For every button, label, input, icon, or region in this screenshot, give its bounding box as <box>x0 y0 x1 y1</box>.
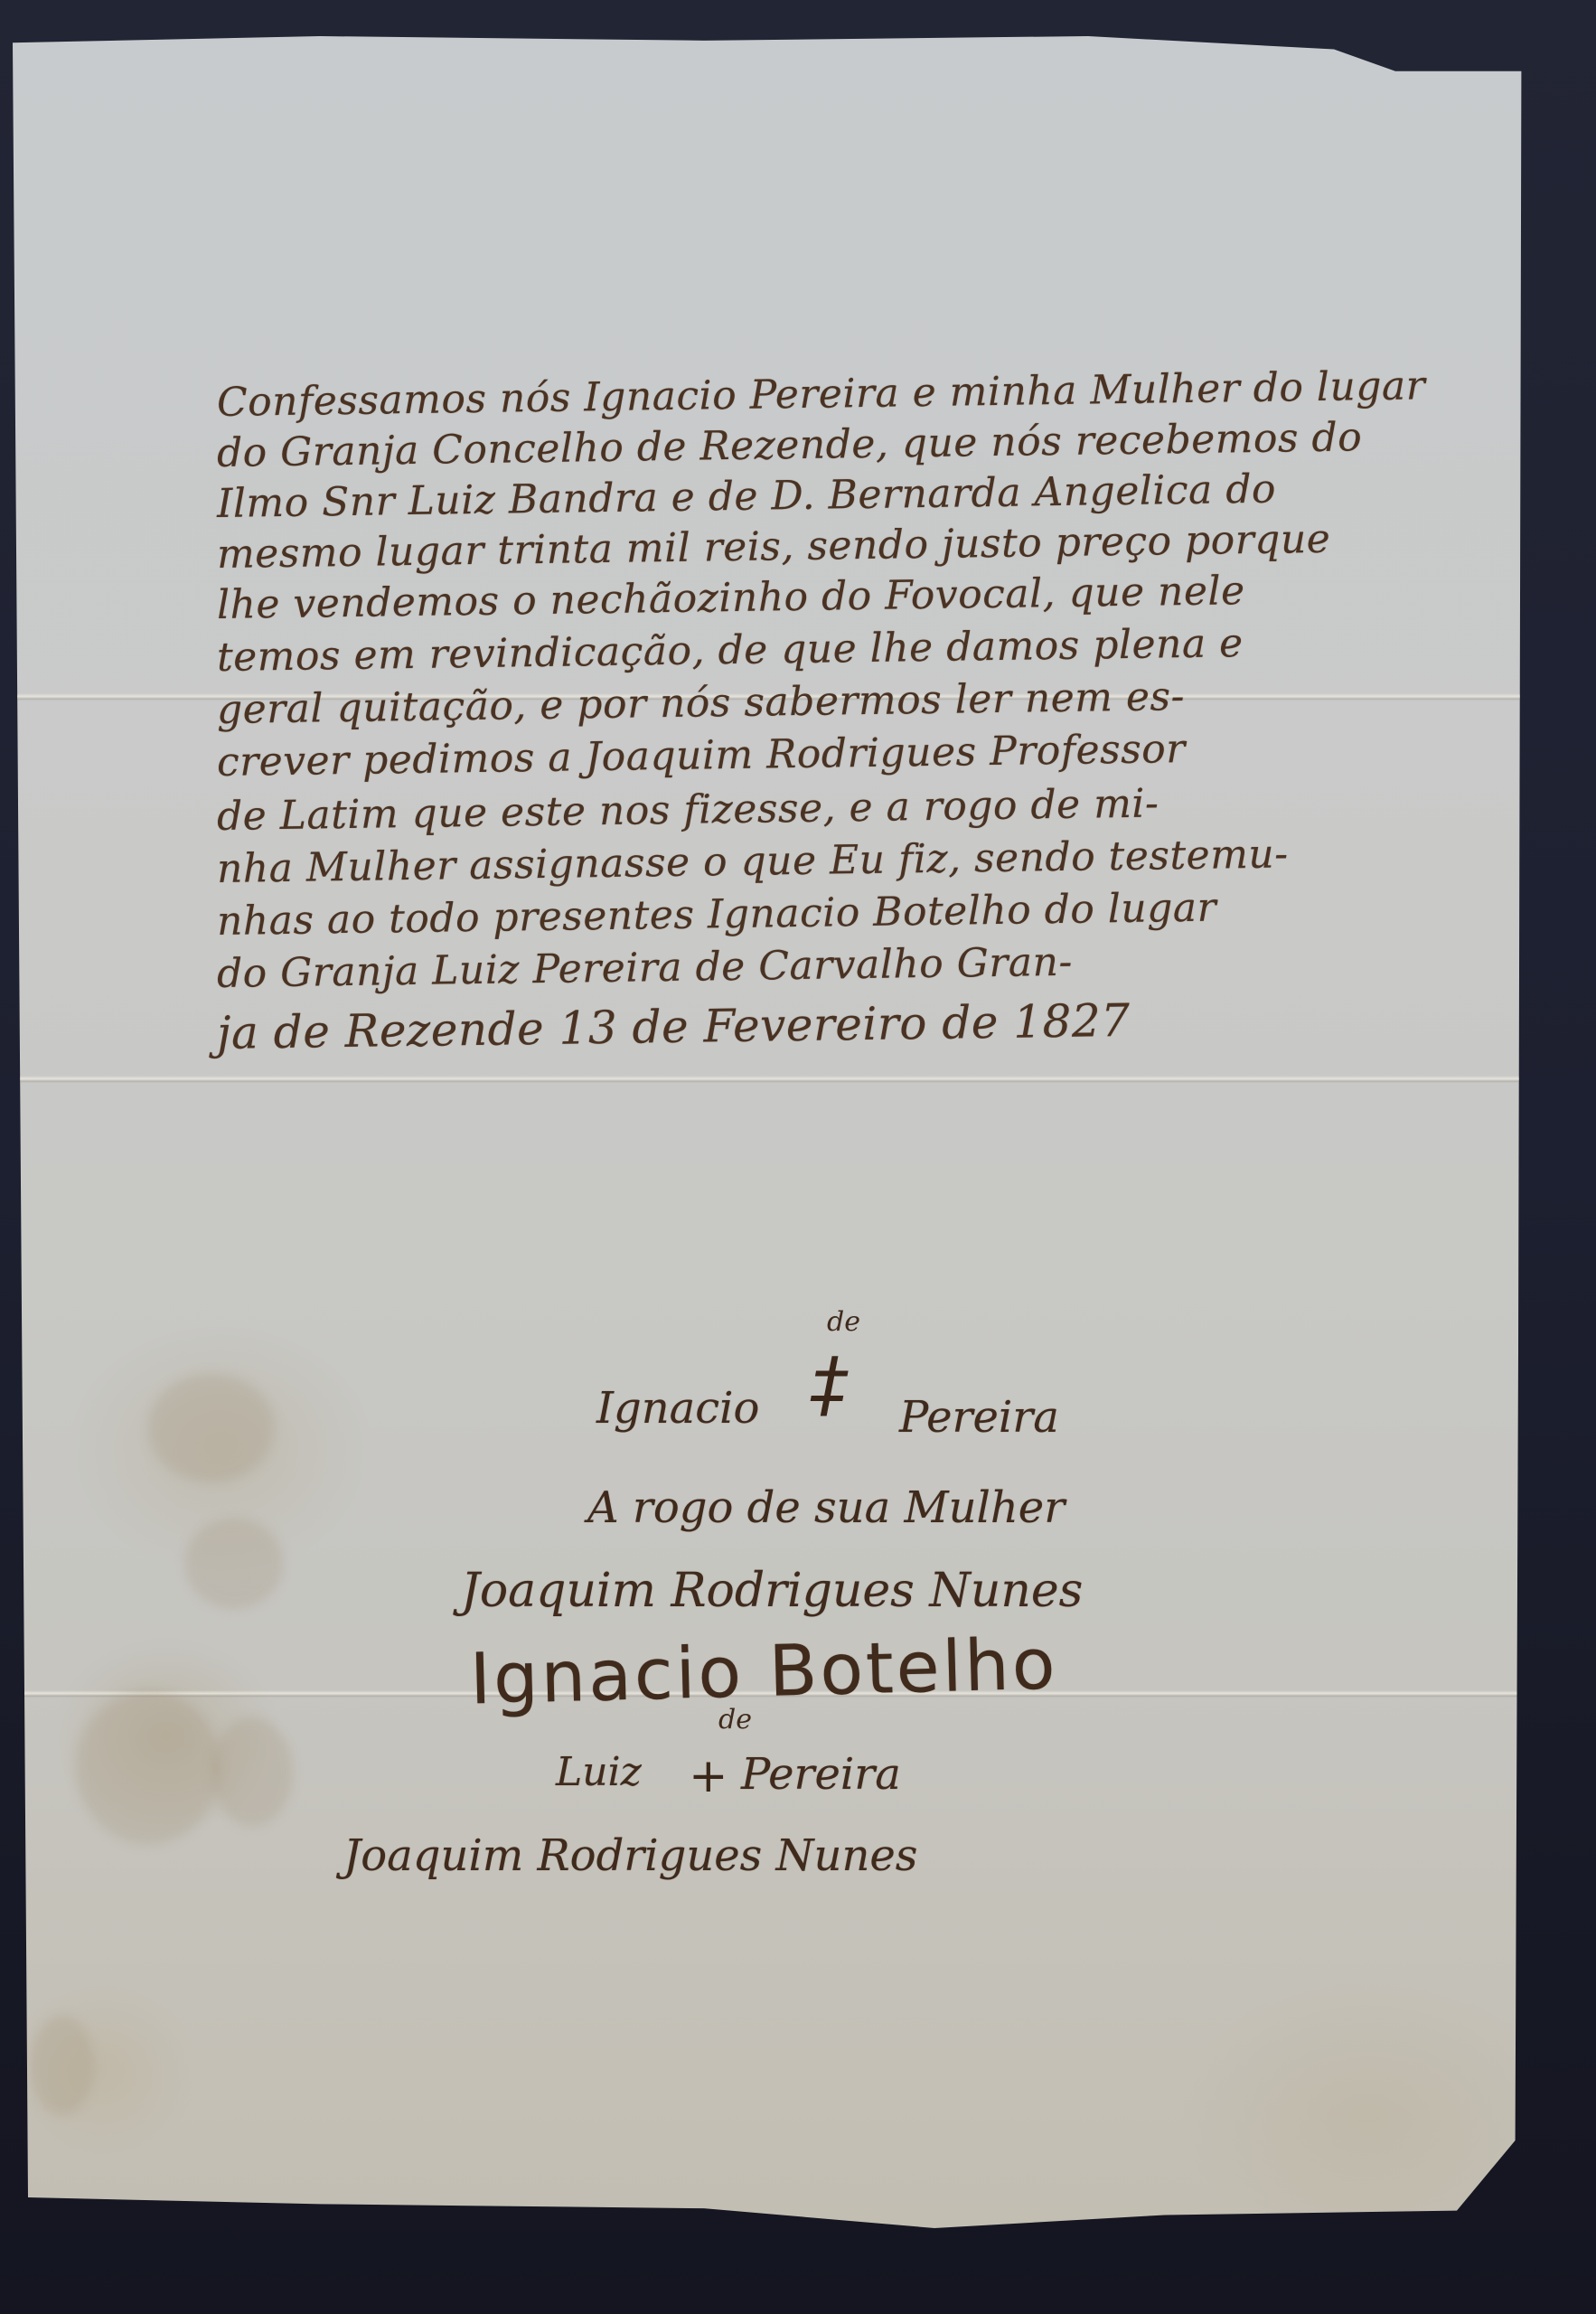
mark-superscript: de <box>718 1704 752 1735</box>
signature-ignacio-botelho: Ignacio Botelho <box>469 1624 1059 1721</box>
signature-joaquim-rodrigues-nunes: Joaquim Rodrigues Nunes <box>461 1564 1083 1618</box>
mark-superscript: de <box>827 1306 860 1338</box>
signature-luiz: Luiz <box>556 1749 642 1795</box>
signature-a-rogo: A rogo de sua Mulher <box>587 1482 1065 1533</box>
signature-ignacio: Ignacio <box>596 1383 759 1434</box>
signature-pereira-2: Pereira <box>741 1749 901 1800</box>
cross-mark-icon: ‡ <box>812 1342 848 1426</box>
signature-pereira: Pereira <box>899 1392 1059 1443</box>
signature-block: Ignacio de ‡ Pereira A rogo de sua Mulhe… <box>0 0 1596 2314</box>
cross-mark-icon: + <box>689 1749 728 1803</box>
signature-joaquim-rodrigues-nunes-2: Joaquim Rodrigues Nunes <box>343 1830 917 1881</box>
